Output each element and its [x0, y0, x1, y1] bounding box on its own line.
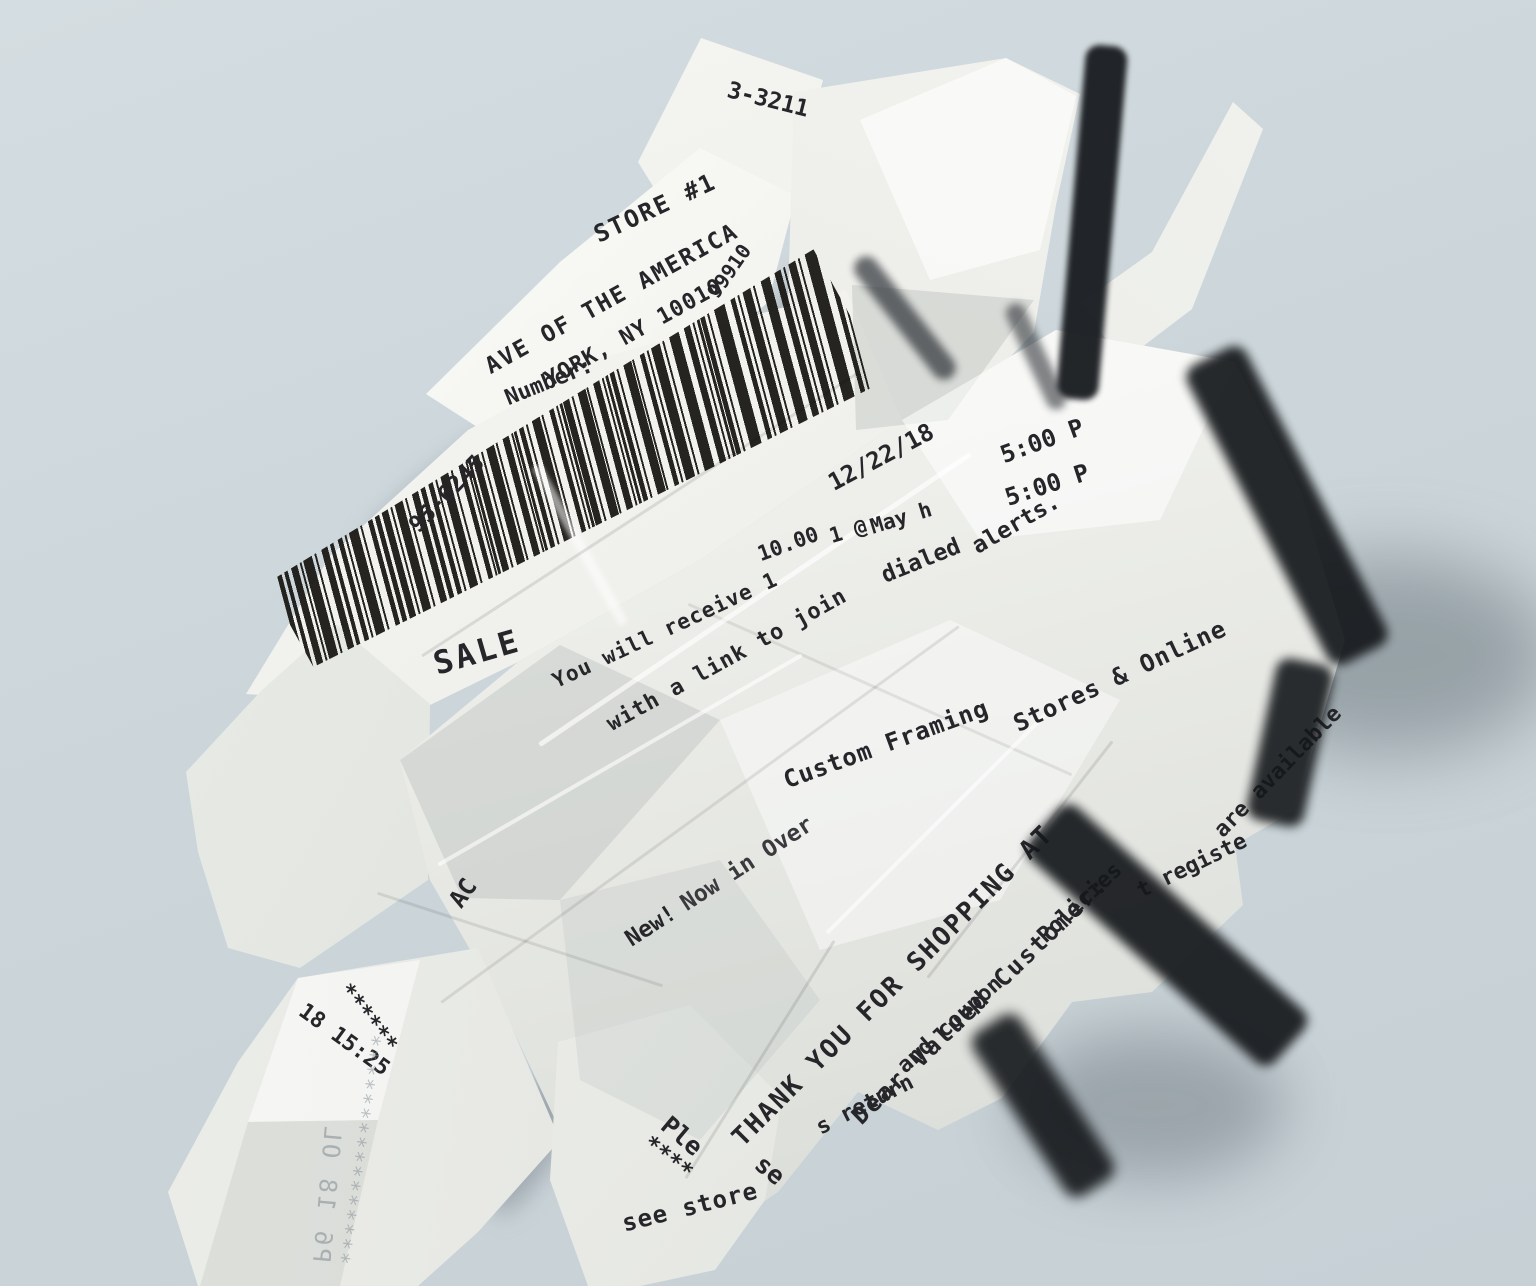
photo-crumpled-receipt: 3-3211 STORE #1 AVE OF THE AMERICA YORK,… [0, 0, 1536, 1286]
